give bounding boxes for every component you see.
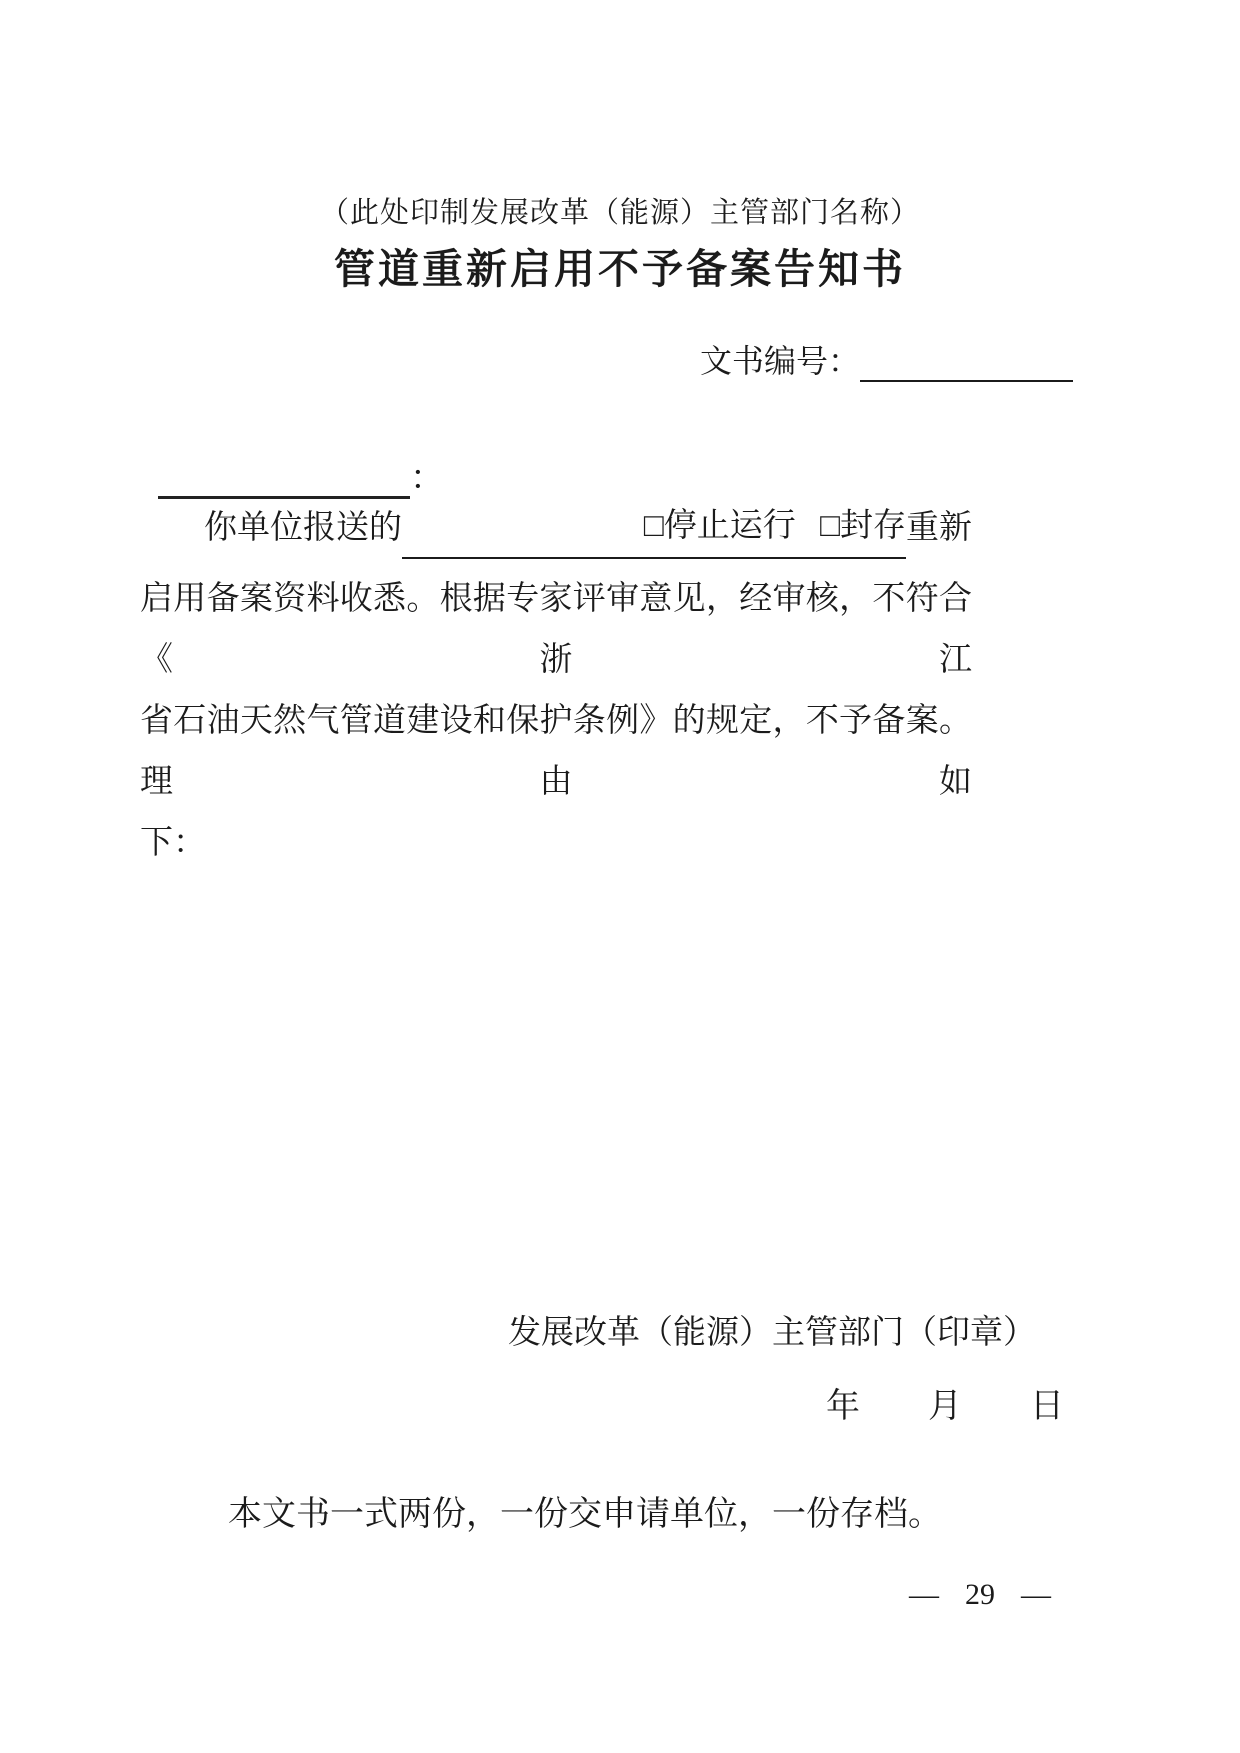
document-title: 管道重新启用不予备案告知书 [0, 236, 1240, 295]
body-line-4: 下： [140, 813, 972, 874]
body-line1-suffix: 重新 [906, 498, 972, 559]
doc-number-row: 文书编号： [700, 336, 1073, 382]
signature-authority-line: 发展改革（能源）主管部门（印章） [508, 1306, 1036, 1353]
doc-number-blank-field[interactable] [860, 342, 1073, 382]
notice-document-page: （此处印制发展改革（能源）主管部门名称） 管道重新启用不予备案告知书 文书编号：… [0, 0, 1240, 1753]
recipient-colon: ： [410, 450, 444, 499]
issuing-authority-placeholder-note: （此处印制发展改革（能源）主管部门名称） [0, 190, 1240, 231]
page-number: 29 [965, 1578, 995, 1612]
page-number-left-dash: — [909, 1578, 939, 1612]
body-line-3: 省石油天然气管道建设和保护条例》的规定，不予备案。理由如 [140, 691, 972, 813]
checkbox-stop-operation[interactable]: □停止运行 [644, 508, 796, 544]
body-paragraph: 你单位报送的 □停止运行 □封存 重新 启用备案资料收悉。根据专家评审意见，经审… [140, 508, 972, 874]
page-number-footer: — 29 — [870, 1578, 1090, 1612]
body-line-2: 启用备案资料收悉。根据专家评审意见，经审核，不符合《浙江 [140, 569, 972, 691]
pipeline-name-blank-field[interactable] [402, 517, 644, 559]
body-line1-prefix: 你单位报送的 [204, 498, 402, 559]
doc-number-label: 文书编号： [700, 336, 860, 382]
recipient-row: ： [158, 450, 444, 499]
copies-footnote: 本文书一式两份，一份交申请单位，一份存档。 [228, 1486, 942, 1535]
checkbox-options-group: □停止运行 □封存 [644, 496, 906, 559]
page-number-right-dash: — [1021, 1578, 1051, 1612]
body-line-1: 你单位报送的 □停止运行 □封存 重新 [140, 508, 972, 569]
recipient-name-blank-field[interactable] [158, 456, 410, 499]
signature-date-line: 年 月 日 [826, 1378, 1064, 1427]
checkbox-seal-storage[interactable]: □封存 [820, 508, 906, 544]
